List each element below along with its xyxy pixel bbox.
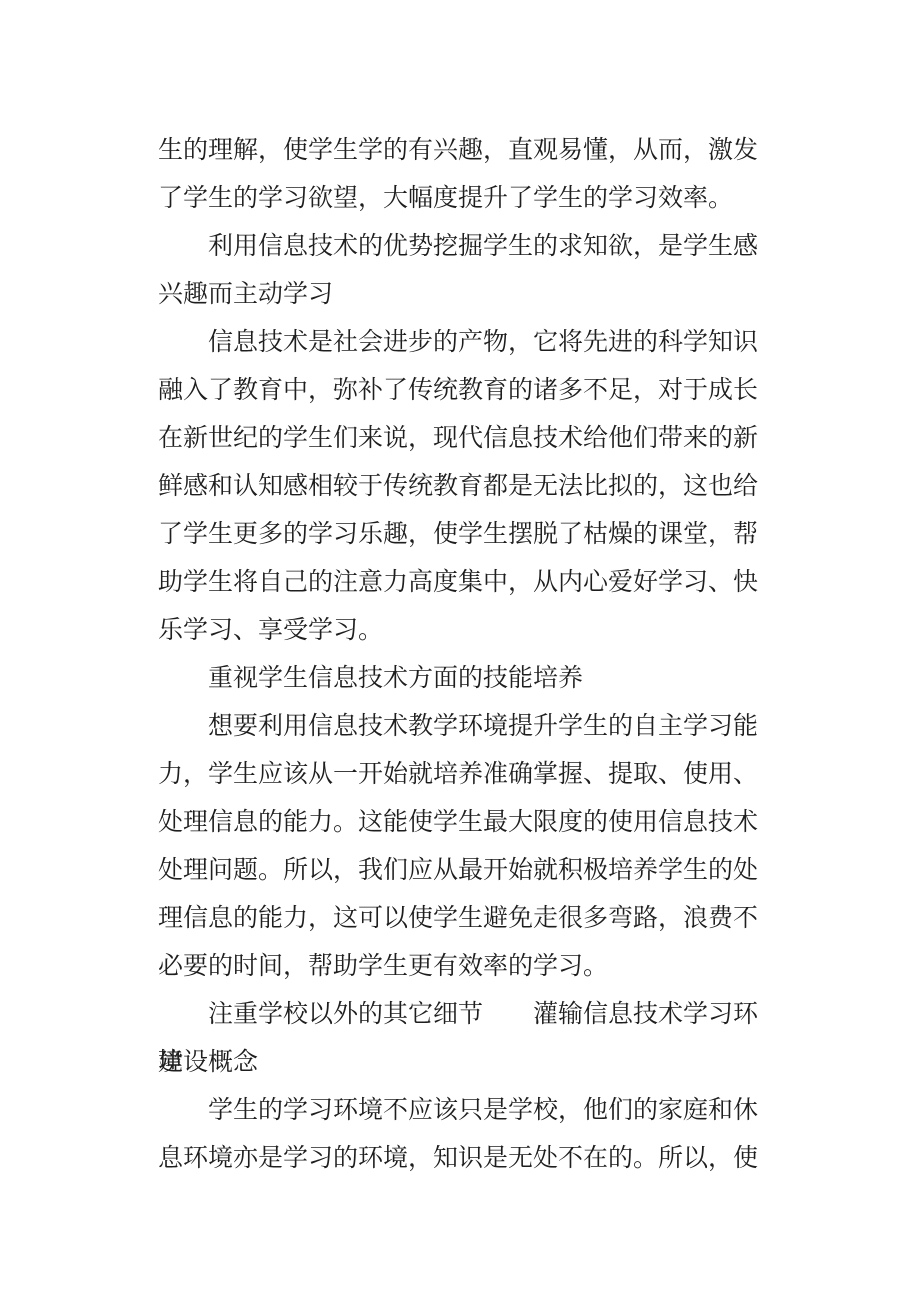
text-line: 注重学校以外的其它细节 灌输信息技术学习环境 — [158, 991, 758, 1039]
text-line: 处理信息的能力。这能使学生最大限度的使用信息技术 — [158, 799, 758, 847]
document-page: 生的理解，使学生学的有兴趣，直观易懂，从而，激发了学生的学习欲望，大幅度提升了学… — [0, 0, 920, 1302]
text-line: 息环境亦是学习的环境，知识是无处不在的。所以，使 — [158, 1135, 758, 1183]
text-line: 学生的学习环境不应该只是学校，他们的家庭和休 — [158, 1087, 758, 1135]
text-line: 了学生更多的学习乐趣，使学生摆脱了枯燥的课堂，帮 — [158, 511, 758, 559]
text-column: 生的理解，使学生学的有兴趣，直观易懂，从而，激发了学生的学习欲望，大幅度提升了学… — [158, 127, 758, 1183]
text-line: 重视学生信息技术方面的技能培养 — [158, 655, 758, 703]
text-line: 生的理解，使学生学的有兴趣，直观易懂，从而，激发 — [158, 127, 758, 175]
text-line: 建设概念 — [158, 1039, 758, 1087]
text-line: 兴趣而主动学习 — [158, 271, 758, 319]
text-line: 必要的时间，帮助学生更有效率的学习。 — [158, 943, 758, 991]
text-line: 乐学习、享受学习。 — [158, 607, 758, 655]
text-line: 鲜感和认知感相较于传统教育都是无法比拟的，这也给 — [158, 463, 758, 511]
text-line: 在新世纪的学生们来说，现代信息技术给他们带来的新 — [158, 415, 758, 463]
text-line: 助学生将自己的注意力高度集中，从内心爱好学习、快 — [158, 559, 758, 607]
text-line: 信息技术是社会进步的产物，它将先进的科学知识 — [158, 319, 758, 367]
text-line: 力，学生应该从一开始就培养准确掌握、提取、使用、 — [158, 751, 758, 799]
text-line: 融入了教育中，弥补了传统教育的诸多不足，对于成长 — [158, 367, 758, 415]
text-line: 处理问题。所以，我们应从最开始就积极培养学生的处 — [158, 847, 758, 895]
text-line: 了学生的学习欲望，大幅度提升了学生的学习效率。 — [158, 175, 758, 223]
text-line: 想要利用信息技术教学环境提升学生的自主学习能 — [158, 703, 758, 751]
text-line: 利用信息技术的优势挖掘学生的求知欲，是学生感 — [158, 223, 758, 271]
text-line: 理信息的能力，这可以使学生避免走很多弯路，浪费不 — [158, 895, 758, 943]
